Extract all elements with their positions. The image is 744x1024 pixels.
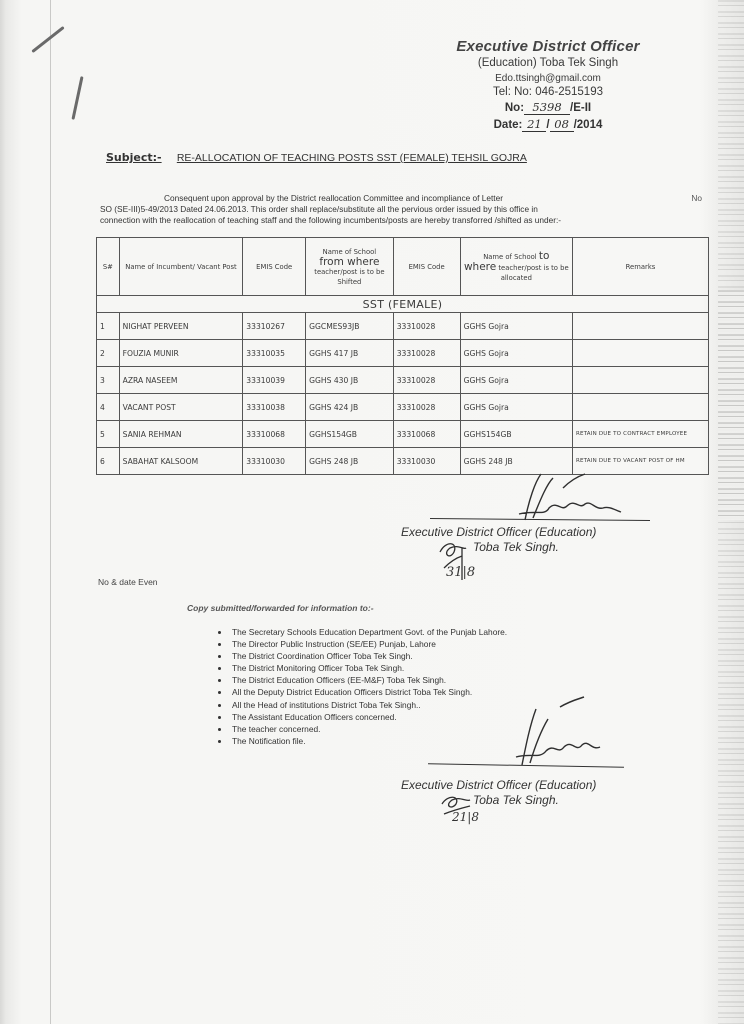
body-line-1: Consequent upon approval by the District… (100, 193, 706, 204)
cell-sn: 2 (97, 340, 120, 367)
letter-number-label: No: (505, 102, 524, 114)
no-date-even: No & date Even (98, 577, 158, 587)
cell-school-from: GGHS154GB (306, 421, 394, 448)
cell-name: SANIA REHMAN (119, 421, 243, 448)
cell-remarks (572, 367, 708, 394)
letter-number-suffix: /E-II (570, 102, 591, 114)
office-subtitle: (Education) Toba Tek Singh (438, 57, 658, 69)
copy-recipient: All the Deputy District Education Office… (230, 686, 507, 698)
scanned-letter-page: Executive District Officer (Education) T… (0, 0, 744, 1024)
cell-emis-to: 33310028 (393, 394, 460, 421)
cell-school-from: GGHS 417 JB (306, 340, 394, 367)
table-row: 4VACANT POST33310038GGHS 424 JB33310028G… (97, 394, 709, 421)
cell-sn: 6 (97, 448, 120, 475)
cell-name: VACANT POST (119, 394, 243, 421)
table-row: 3AZRA NASEEM33310039GGHS 430 JB33310028G… (97, 367, 709, 394)
office-email: Edo.ttsingh@gmail.com (438, 73, 658, 84)
cell-emis-to: 33310068 (393, 421, 460, 448)
body-line-2: SO (SE-III)5-49/2013 Dated 24.06.2013. T… (100, 204, 706, 215)
subject-text: RE-ALLOCATION OF TEACHING POSTS SST (FEM… (177, 152, 527, 164)
header-school-from-line3: teacher/post is to be Shifted (308, 267, 391, 287)
office-title: Executive District Officer (438, 38, 658, 55)
signatory-title-2: Executive District Officer (Education) (401, 778, 661, 792)
letter-date-year: /2014 (574, 119, 603, 131)
cell-name: AZRA NASEEM (119, 367, 243, 394)
header-school-to-big1: to (539, 250, 550, 262)
copy-recipient: The District Education Officers (EE-M&F)… (230, 674, 507, 686)
cell-sn: 1 (97, 313, 120, 340)
body-line-3: connection with the reallocation of teac… (100, 215, 706, 226)
scan-edge-artifact-dense (718, 290, 744, 520)
pen-mark (31, 26, 64, 53)
copy-recipient: The teacher concerned. (230, 723, 507, 735)
table-row: 2FOUZIA MUNIR33310035GGHS 417 JB33310028… (97, 340, 709, 367)
cell-emis-to: 33310028 (393, 367, 460, 394)
copy-recipient: The Director Public Instruction (SE/EE) … (230, 638, 507, 650)
cell-name: SABAHAT KALSOOM (119, 448, 243, 475)
header-school-to-big2: where (464, 261, 496, 273)
cell-sn: 5 (97, 421, 120, 448)
cell-school-from: GGHS 424 JB (306, 394, 394, 421)
cell-emis-to: 33310028 (393, 340, 460, 367)
subject-label: Subject:- (106, 151, 162, 164)
cell-emis-to: 33310030 (393, 448, 460, 475)
header-name: Name of Incumbent/ Vacant Post (119, 238, 243, 296)
copy-recipient: The Secretary Schools Education Departme… (230, 626, 507, 638)
reallocation-table: S# Name of Incumbent/ Vacant Post EMIS C… (96, 237, 709, 475)
letter-date-month: 08 (550, 117, 574, 132)
body-line-1-right: No (691, 193, 702, 203)
cell-remarks (572, 394, 708, 421)
group-label: SST (FEMALE) (97, 296, 709, 313)
cell-school-to: GGHS Gojra (460, 340, 572, 367)
signatory-title-1: Executive District Officer (Education) (401, 525, 661, 539)
signature-scrawl-1 (505, 470, 625, 526)
initial-date-2: 21|8 (452, 810, 479, 824)
cell-school-from: GGHS 248 JB (306, 448, 394, 475)
table-header-row: S# Name of Incumbent/ Vacant Post EMIS C… (97, 238, 709, 296)
cell-emis-from: 33310035 (243, 340, 306, 367)
copy-recipient-list: The Secretary Schools Education Departme… (212, 626, 507, 747)
header-school-to: Name of School to where teacher/post is … (460, 238, 572, 296)
cell-remarks: RETAIN DUE TO CONTRACT EMPLOYEE (572, 421, 708, 448)
cell-name: FOUZIA MUNIR (119, 340, 243, 367)
header-school-to-line3: teacher/post is to be allocated (498, 264, 568, 282)
body-paragraph: Consequent upon approval by the District… (100, 193, 706, 226)
cell-emis-from: 33310038 (243, 394, 306, 421)
copy-recipient: The District Coordination Officer Toba T… (230, 650, 507, 662)
cell-emis-from: 33310030 (243, 448, 306, 475)
cell-sn: 3 (97, 367, 120, 394)
letter-date-day: 21 (522, 117, 546, 132)
header-sn: S# (97, 238, 120, 296)
cell-school-from: GGCMES93JB (306, 313, 394, 340)
initial-date-1: 31|8 (446, 565, 475, 580)
copy-recipient: The District Monitoring Officer Toba Tek… (230, 662, 507, 674)
cell-sn: 4 (97, 394, 120, 421)
cell-emis-from: 33310039 (243, 367, 306, 394)
cell-name: NIGHAT PERVEEN (119, 313, 243, 340)
cell-school-to: GGHS154GB (460, 421, 572, 448)
letter-date: Date:21/08/2014 (438, 117, 658, 132)
header-school-to-line1: Name of School (483, 253, 537, 261)
header-school-from: Name of School from where teacher/post i… (306, 238, 394, 296)
cell-school-to: GGHS Gojra (460, 367, 572, 394)
office-tel: Tel: No: 046-2515193 (438, 86, 658, 98)
header-emis-to: EMIS Code (393, 238, 460, 296)
table-row: 5SANIA REHMAN33310068GGHS154GB33310068GG… (97, 421, 709, 448)
cell-remarks (572, 313, 708, 340)
cell-school-to: GGHS Gojra (460, 394, 572, 421)
cell-school-from: GGHS 430 JB (306, 367, 394, 394)
table-row: 1NIGHAT PERVEEN33310267GGCMES93JB3331002… (97, 313, 709, 340)
header-school-from-big: from where (308, 257, 391, 267)
subject-line: Subject:- RE-ALLOCATION OF TEACHING POST… (106, 151, 527, 164)
signature-scrawl-2 (500, 695, 630, 775)
cell-emis-from: 33310267 (243, 313, 306, 340)
table-group-row: SST (FEMALE) (97, 296, 709, 313)
letter-number: No:5398/E-II (438, 100, 658, 115)
letter-date-label: Date: (494, 119, 523, 131)
pen-mark (71, 76, 83, 120)
copy-recipient: The Notification file. (230, 735, 507, 747)
cell-remarks (572, 340, 708, 367)
copy-recipient: The Assistant Education Officers concern… (230, 711, 507, 723)
cell-emis-from: 33310068 (243, 421, 306, 448)
cell-school-to: GGHS Gojra (460, 313, 572, 340)
margin-line (50, 0, 51, 1024)
letterhead: Executive District Officer (Education) T… (438, 38, 658, 132)
cell-emis-to: 33310028 (393, 313, 460, 340)
copy-heading: Copy submitted/forwarded for information… (187, 603, 374, 613)
letter-number-value: 5398 (524, 100, 570, 115)
header-emis-from: EMIS Code (243, 238, 306, 296)
copy-recipient: All the Head of institutions District To… (230, 699, 507, 711)
header-school-from-line1: Name of School (308, 247, 391, 257)
header-remarks: Remarks (572, 238, 708, 296)
